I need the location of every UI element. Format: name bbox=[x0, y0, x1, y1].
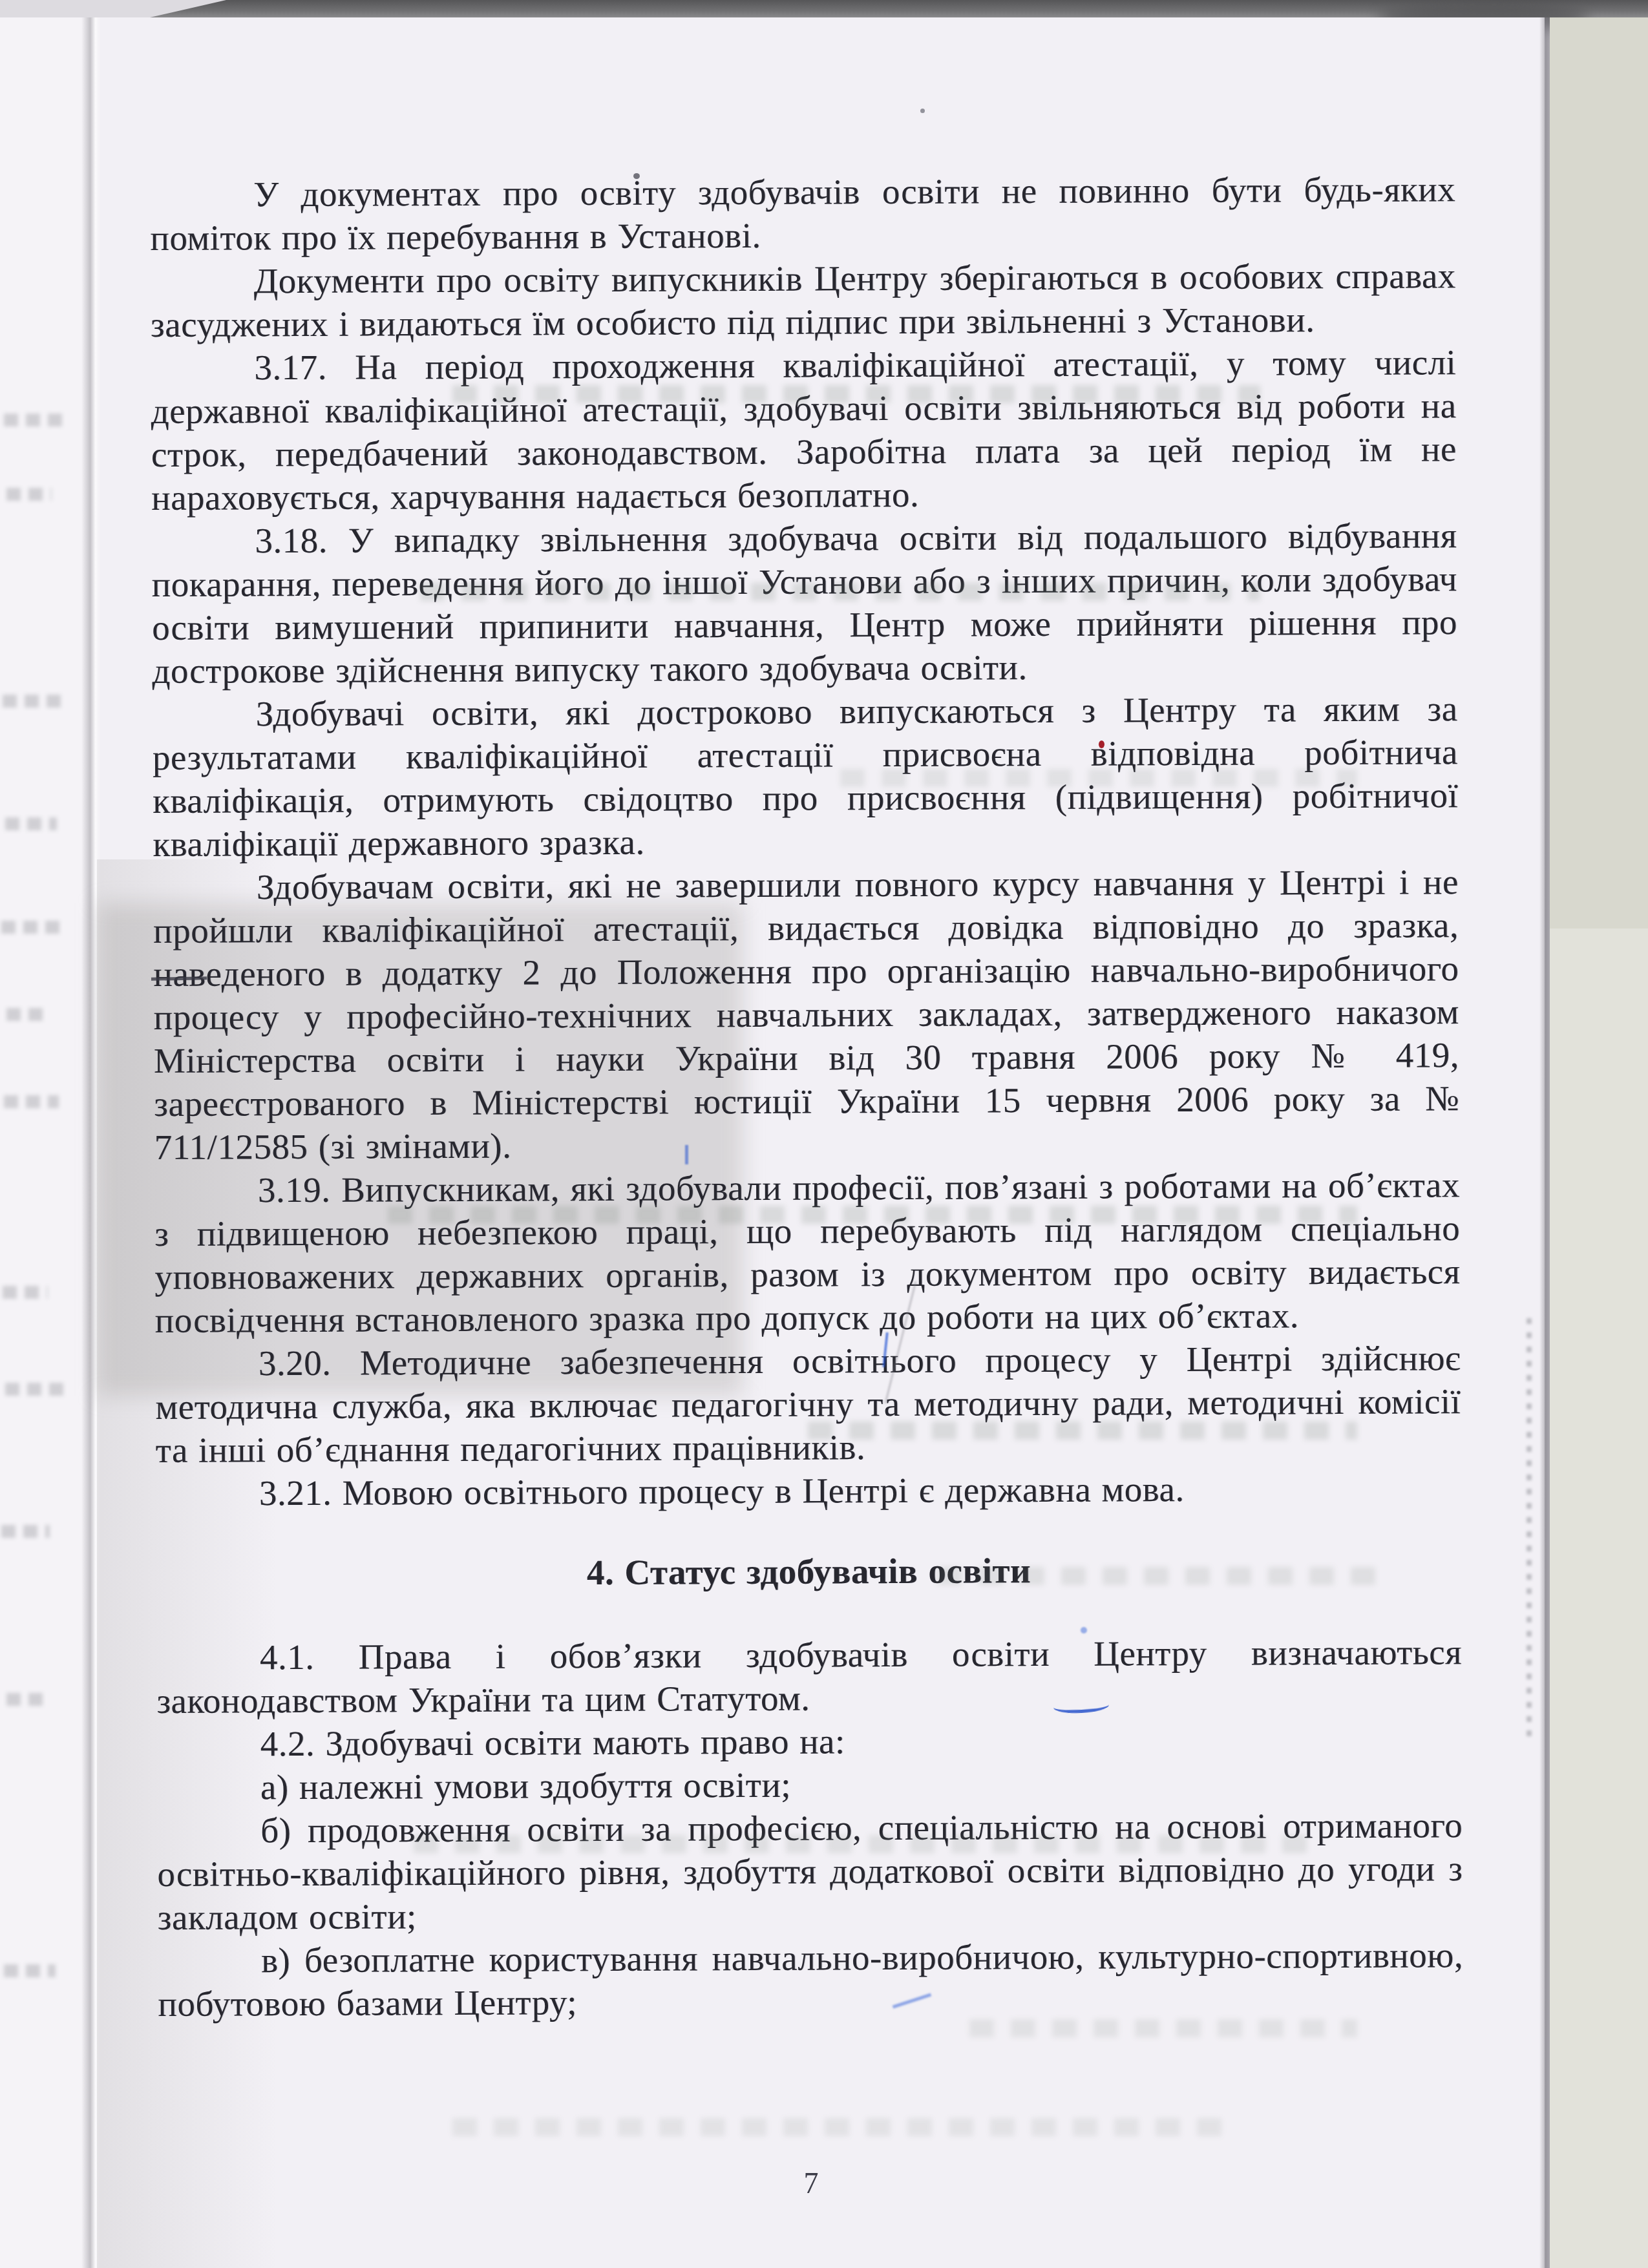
paragraph-incomplete-course: Здобувачам освіти, які не завершили повн… bbox=[153, 860, 1460, 1169]
clause-3-20: 3.20. Методичне забезпечення освітнього … bbox=[155, 1336, 1461, 1472]
clause-3-17: 3.17. На період проходження кваліфікацій… bbox=[151, 341, 1457, 520]
clause-3-18: 3.18. У випадку звільнення здобувача осв… bbox=[151, 514, 1457, 693]
page-number: 7 bbox=[0, 2166, 1622, 2200]
document-text-block: У документах про освіту здобувачів освіт… bbox=[150, 167, 1463, 2026]
paragraph-education-documents: У документах про освіту здобувачів освіт… bbox=[150, 167, 1456, 260]
paragraph-early-graduates: Здобувачі освіти, які достроково випуска… bbox=[153, 687, 1459, 866]
list-item-v: в) безоплатне користування навчально-вир… bbox=[158, 1933, 1464, 2026]
section-heading: 4. Статус здобувачів освіти bbox=[156, 1547, 1461, 1596]
clause-4-2: 4.2. Здобувачі освіти мають право на: bbox=[156, 1717, 1462, 1766]
left-fold-shadow bbox=[81, 17, 101, 2268]
clause-4-1: 4.1. Права і обов’язки здобувачів освіти… bbox=[156, 1630, 1463, 1723]
clause-3-19: 3.19. Випускникам, які здобували професі… bbox=[154, 1163, 1461, 1342]
scanned-document-page: { "doc": { "pre": [ "У документах про ос… bbox=[0, 0, 1648, 2268]
paragraph-graduate-documents: Документи про освіту випускників Центру … bbox=[151, 254, 1457, 346]
right-scan-margin-dark bbox=[1550, 17, 1648, 929]
clause-3-21: 3.21. Мовою освітнього процесу в Центрі … bbox=[156, 1466, 1461, 1515]
list-item-a: а) належні умови здобуття освіти; bbox=[157, 1760, 1463, 1809]
list-item-b: б) продовження освіти за професією, спец… bbox=[157, 1803, 1463, 1939]
